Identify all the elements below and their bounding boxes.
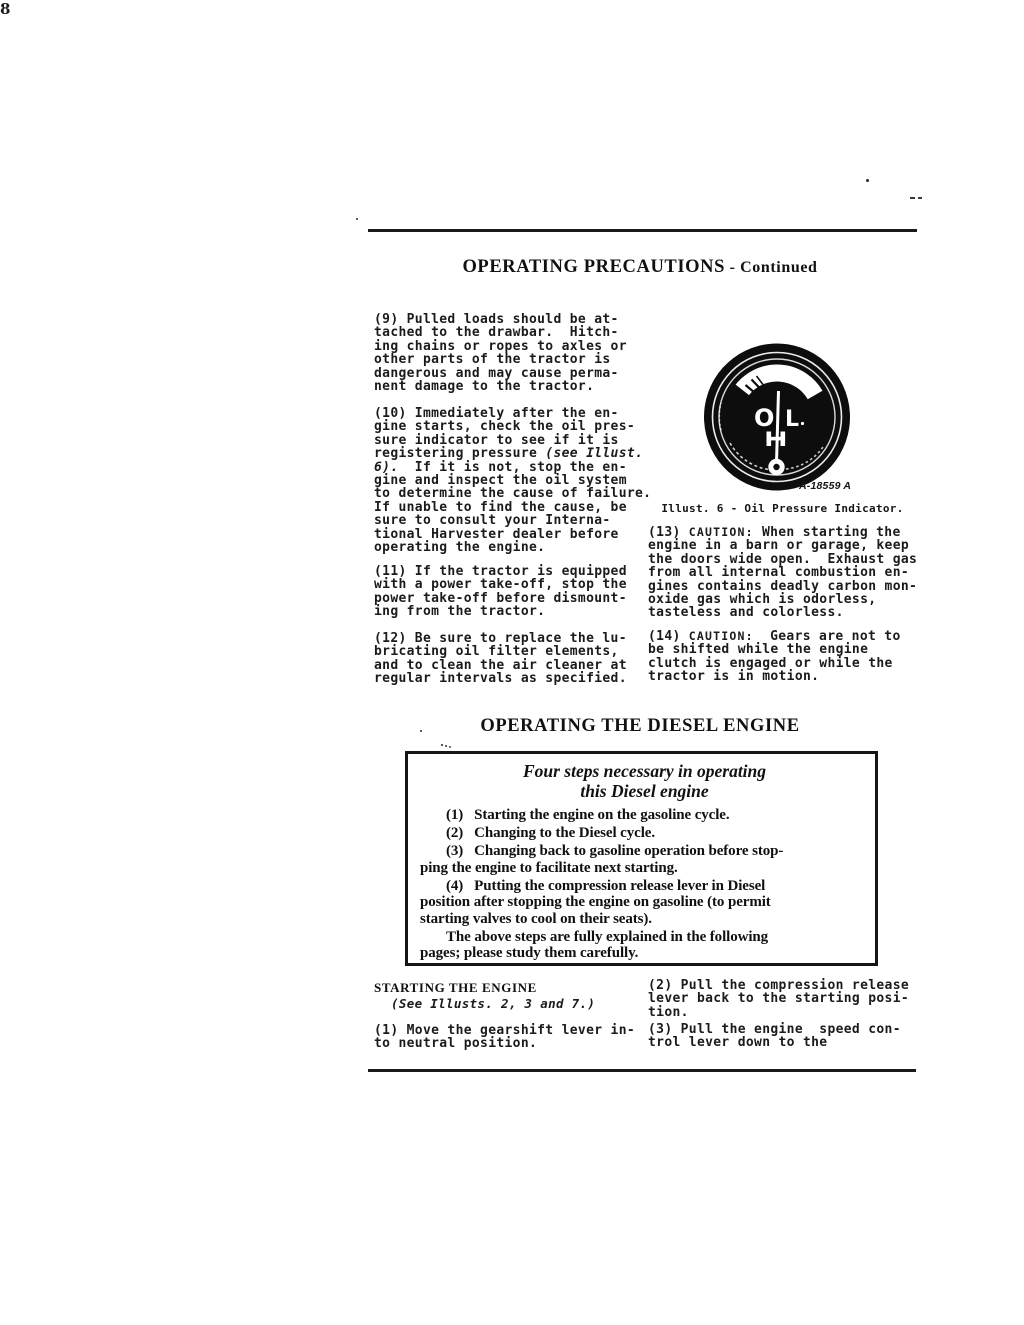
scan-smudge	[441, 744, 443, 746]
scan-speck	[910, 197, 915, 199]
page-number: 8	[0, 0, 10, 18]
box-item-4: (4) Putting the compression release leve…	[420, 878, 869, 928]
precaution-item-9: (9) Pulled loads should be at- tached to…	[374, 313, 674, 393]
item10-text-cont: If it is not, stop the en- gine and insp…	[374, 460, 651, 555]
precaution-item-11: (11) If the tractor is equipped with a p…	[374, 565, 674, 619]
starting-step-1: (1) Move the gearshift lever in- to neut…	[374, 1024, 674, 1051]
box-item-3: (3) Changing back to gasoline operation …	[420, 843, 869, 876]
scan-speck	[356, 218, 358, 220]
top-rule	[368, 229, 917, 232]
gauge-pivot-center	[773, 464, 779, 470]
gauge-dial-letter-l: L	[785, 407, 799, 432]
precaution-item-14: (14) CAUTION: Gears are not to be shifte…	[648, 630, 940, 684]
four-steps-box-heading: Four steps necessary in operating this D…	[420, 762, 869, 801]
scan-speck	[918, 197, 922, 199]
starting-engine-subheading: (See Illusts. 2, 3 and 7.)	[391, 997, 671, 1010]
heading-suffix: - Continued	[725, 259, 818, 276]
manual-page: 8 OPERATING PRECAUTIONS - Continued (9) …	[0, 0, 1024, 1325]
diesel-engine-heading: OPERATING THE DIESEL ENGINE	[360, 716, 920, 737]
box-item-2: (2) Changing to the Diesel cycle.	[420, 825, 869, 842]
gauge-needle	[777, 391, 779, 463]
gauge-dial-period	[801, 422, 804, 425]
four-steps-box: Four steps necessary in operating this D…	[405, 751, 878, 966]
item13-text: When starting the engine in a barn or ga…	[648, 525, 917, 620]
illustration-ref-code: A-18559 A	[799, 480, 851, 492]
caution-label: CAUTION:	[689, 525, 754, 539]
box-item-1: (1) Starting the engine on the gasoline …	[420, 807, 869, 824]
bottom-rule	[368, 1069, 916, 1072]
starting-step-2: (2) Pull the compression release lever b…	[648, 979, 940, 1019]
starting-engine-heading: STARTING THE ENGINE	[374, 980, 537, 996]
precaution-item-13: (13) CAUTION: When starting the engine i…	[648, 526, 940, 620]
oil-pressure-gauge-illustration: O L	[690, 335, 870, 497]
caution-label: CAUTION:	[689, 629, 754, 643]
precaution-item-10: (10) Immediately after the en- gine star…	[374, 407, 674, 554]
scan-speck	[866, 179, 869, 182]
gauge-dial-letter-o: O	[754, 404, 774, 432]
illustration-caption: Illust. 6 - Oil Pressure Indicator.	[640, 502, 925, 515]
precaution-item-12: (12) Be sure to replace the lu- bricatin…	[374, 632, 674, 686]
heading-title: OPERATING PRECAUTIONS	[462, 257, 725, 277]
operating-precautions-heading: OPERATING PRECAUTIONS - Continued	[360, 257, 920, 278]
box-item-summary: The above steps are fully explained in t…	[420, 929, 869, 962]
starting-step-3: (3) Pull the engine speed con- trol leve…	[648, 1023, 940, 1050]
